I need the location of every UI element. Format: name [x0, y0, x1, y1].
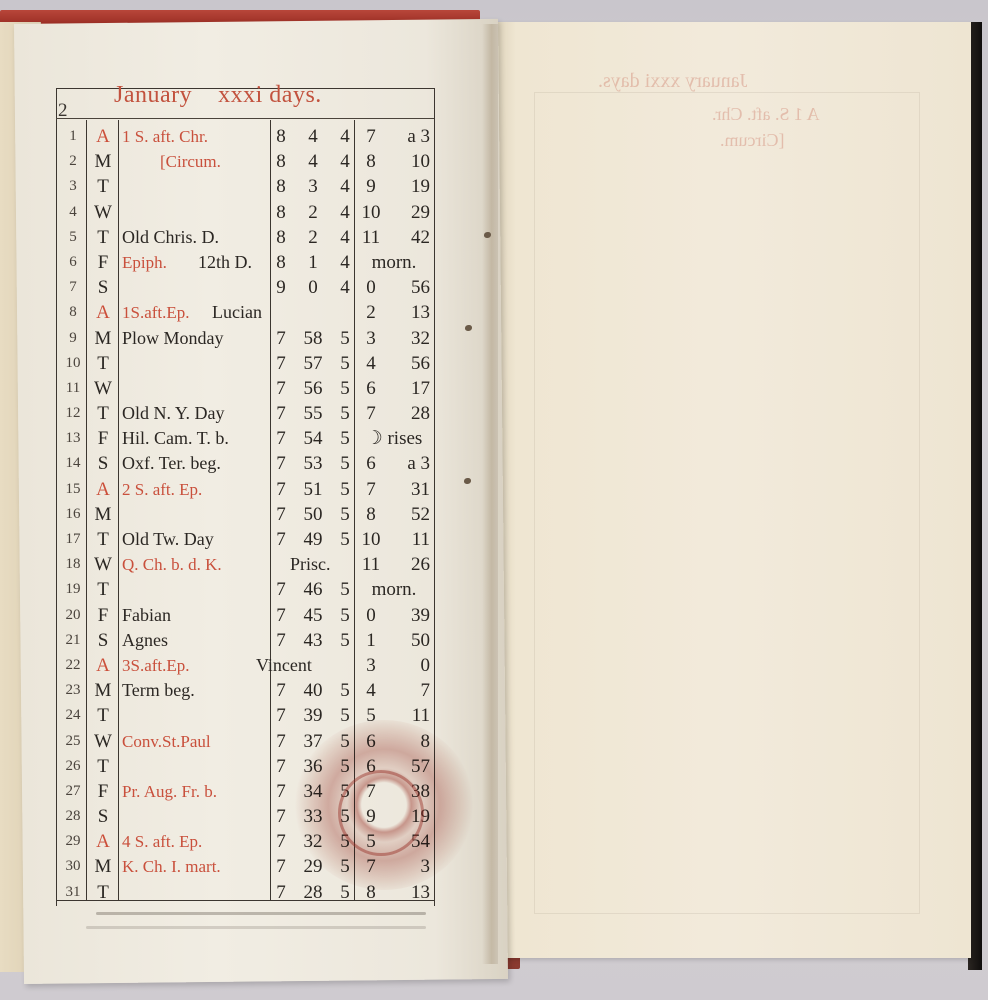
- feast-day: Plow Monday: [122, 326, 224, 351]
- sunrise-hour: 7: [274, 426, 288, 451]
- moon-minute: 39: [396, 603, 430, 628]
- calendar-row: 18 W Q. Ch. b. d. K. Prisc. 11 26: [56, 552, 434, 577]
- sunset-hour: 4: [338, 225, 352, 250]
- weekday-letter: M: [92, 326, 114, 351]
- day-number: 19: [64, 577, 82, 602]
- moon-minute: 52: [396, 502, 430, 527]
- sunrise-hour: 8: [274, 149, 288, 174]
- moon-minute: 56: [396, 275, 430, 300]
- calendar-row: 14 S Oxf. Ter. beg. 7 53 5 6 a 3: [56, 451, 434, 476]
- weekday-letter: T: [92, 351, 114, 376]
- calendar-row: 4 W 8 2 4 10 29: [56, 200, 434, 225]
- sunrise-hour: 7: [274, 754, 288, 779]
- day-number: 15: [64, 477, 82, 502]
- frame-border-bottom: [56, 900, 434, 901]
- calendar-row: 11 W 7 56 5 6 17: [56, 376, 434, 401]
- weekday-letter: F: [92, 250, 114, 275]
- sunrise-minute: 2: [298, 225, 328, 250]
- feast-day-secondary: Prisc.: [290, 552, 331, 577]
- day-number: 30: [64, 854, 82, 879]
- feast-day: Conv.St.Paul: [122, 729, 211, 754]
- day-number: 24: [64, 703, 82, 728]
- day-number: 6: [64, 250, 82, 275]
- moon-minute: 29: [396, 200, 430, 225]
- day-number: 29: [64, 829, 82, 854]
- sunrise-minute: 43: [298, 628, 328, 653]
- almanac-calendar: Januaryxxxi days. 2 1 A 1 S. aft. Chr. 8…: [56, 80, 458, 908]
- moon-hour: 10: [356, 527, 386, 552]
- day-number: 23: [64, 678, 82, 703]
- calendar-row: 20 F Fabian 7 45 5 0 39: [56, 603, 434, 628]
- weekday-letter: M: [92, 854, 114, 879]
- weekday-letter: A: [92, 124, 114, 149]
- sunset-hour: 5: [338, 678, 352, 703]
- weekday-letter: T: [92, 401, 114, 426]
- sunrise-minute: 57: [298, 351, 328, 376]
- right-page-bleed-frame: [534, 92, 920, 914]
- feast-day: 2 S. aft. Ep.: [122, 477, 202, 502]
- feast-day: Fabian: [122, 603, 171, 628]
- sunrise-hour: 7: [274, 527, 288, 552]
- day-number: 28: [64, 804, 82, 829]
- weekday-letter: T: [92, 225, 114, 250]
- moon-hour: 7: [356, 401, 386, 426]
- sunrise-hour: 8: [274, 124, 288, 149]
- moon-hour: 6: [356, 451, 386, 476]
- sunrise-hour: 7: [274, 628, 288, 653]
- calendar-row: 21 S Agnes 7 43 5 1 50: [56, 628, 434, 653]
- sunrise-minute: 2: [298, 200, 328, 225]
- feast-day: Oxf. Ter. beg.: [122, 451, 221, 476]
- feast-day: Hil. Cam. T. b.: [122, 426, 229, 451]
- weekday-letter: M: [92, 502, 114, 527]
- day-number: 11: [64, 376, 82, 401]
- weekday-letter: T: [92, 703, 114, 728]
- sunrise-minute: 40: [298, 678, 328, 703]
- moon-hour: 8: [356, 502, 386, 527]
- sunrise-hour: 7: [274, 401, 288, 426]
- moon-hour: 8: [356, 149, 386, 174]
- worm-hole: [464, 478, 471, 484]
- sunset-hour: 5: [338, 326, 352, 351]
- moon-minute: 31: [396, 477, 430, 502]
- calendar-row: 5 T Old Chris. D. 8 2 4 11 42: [56, 225, 434, 250]
- sunset-hour: 5: [338, 426, 352, 451]
- sunrise-hour: 7: [274, 326, 288, 351]
- sunrise-hour: 7: [274, 603, 288, 628]
- day-number: 22: [64, 653, 82, 678]
- feast-day: Pr. Aug. Fr. b.: [122, 779, 217, 804]
- day-number: 8: [64, 300, 82, 325]
- weekday-letter: W: [92, 376, 114, 401]
- day-number: 2: [64, 149, 82, 174]
- calendar-row: 8 A 1S.aft.Ep. Lucian 2 13: [56, 300, 434, 325]
- feast-day: Epiph.: [122, 250, 167, 275]
- sunrise-hour: 7: [274, 351, 288, 376]
- book-gutter: [482, 24, 498, 964]
- sunrise-hour: 7: [274, 829, 288, 854]
- weekday-letter: A: [92, 653, 114, 678]
- sunrise-hour: 7: [274, 502, 288, 527]
- sunrise-minute: 49: [298, 527, 328, 552]
- sunset-hour: 4: [338, 149, 352, 174]
- sunrise-minute: 4: [298, 124, 328, 149]
- moon-minute: 26: [396, 552, 430, 577]
- calendar-row: 7 S 9 0 4 0 56: [56, 275, 434, 300]
- sunrise-minute: 50: [298, 502, 328, 527]
- calendar-row: 17 T Old Tw. Day 7 49 5 10 11: [56, 527, 434, 552]
- day-number: 4: [64, 200, 82, 225]
- sunrise-minute: 58: [298, 326, 328, 351]
- day-number: 21: [64, 628, 82, 653]
- calendar-row: 1 A 1 S. aft. Chr. 8 4 4 7 a 3: [56, 124, 434, 149]
- sunset-hour: 5: [338, 376, 352, 401]
- sunset-hour: 5: [338, 451, 352, 476]
- header-rule: [56, 118, 434, 119]
- day-number: 7: [64, 275, 82, 300]
- moon-minute: 50: [396, 628, 430, 653]
- sunrise-hour: 8: [274, 225, 288, 250]
- day-number: 25: [64, 729, 82, 754]
- sunset-hour: 5: [338, 577, 352, 602]
- moon-minute: 17: [396, 376, 430, 401]
- moon-hour: 4: [356, 678, 386, 703]
- weekday-letter: T: [92, 754, 114, 779]
- sunrise-minute: 51: [298, 477, 328, 502]
- moon-minute: a 3: [396, 451, 430, 476]
- moon-note: ☽ rises: [358, 426, 430, 451]
- sunrise-hour: 7: [274, 779, 288, 804]
- ownership-stamp-ring: [338, 770, 424, 856]
- moon-minute: a 3: [396, 124, 430, 149]
- day-number: 27: [64, 779, 82, 804]
- feast-day: K. Ch. I. mart.: [122, 854, 221, 879]
- sunrise-hour: 9: [274, 275, 288, 300]
- calendar-row: 10 T 7 57 5 4 56: [56, 351, 434, 376]
- day-number: 5: [64, 225, 82, 250]
- sunrise-minute: 1: [298, 250, 328, 275]
- sunset-hour: 4: [338, 200, 352, 225]
- moon-hour: 0: [356, 603, 386, 628]
- day-number: 12: [64, 401, 82, 426]
- moon-hour: 1: [356, 628, 386, 653]
- sunrise-hour: 7: [274, 854, 288, 879]
- day-number: 9: [64, 326, 82, 351]
- right-page-bleed-title: January xxxi days.: [598, 70, 747, 93]
- day-number: 14: [64, 451, 82, 476]
- feast-day: Agnes: [122, 628, 168, 653]
- sunset-hour: 5: [338, 351, 352, 376]
- sunrise-hour: 7: [274, 451, 288, 476]
- feast-day: 1S.aft.Ep.: [122, 300, 190, 325]
- moon-hour: 3: [356, 653, 386, 678]
- weekday-letter: A: [92, 477, 114, 502]
- calendar-row: 22 A 3S.aft.Ep. Vincent 3 0: [56, 653, 434, 678]
- feast-day-secondary: 12th D.: [198, 250, 252, 275]
- sunrise-hour: 7: [274, 376, 288, 401]
- moon-hour: 9: [356, 174, 386, 199]
- worm-hole: [484, 232, 491, 238]
- day-number: 13: [64, 426, 82, 451]
- sunrise-hour: 7: [274, 577, 288, 602]
- feast-day: [Circum.: [160, 149, 221, 174]
- footer-rule: [96, 912, 426, 915]
- moon-hour: 3: [356, 326, 386, 351]
- sunset-hour: 4: [338, 124, 352, 149]
- moon-hour: 4: [356, 351, 386, 376]
- calendar-row: 12 T Old N. Y. Day 7 55 5 7 28: [56, 401, 434, 426]
- moon-minute: 11: [396, 527, 430, 552]
- feast-day: Old N. Y. Day: [122, 401, 225, 426]
- right-page-bleed-line1: A 1 S. aft. Chr.: [712, 104, 820, 125]
- calendar-row: 19 T 7 46 5 morn.: [56, 577, 434, 602]
- feast-day-secondary: Lucian: [212, 300, 262, 325]
- sunrise-minute: 53: [298, 451, 328, 476]
- calendar-row: 6 F Epiph. 12th D. 8 1 4 morn.: [56, 250, 434, 275]
- day-number: 1: [64, 124, 82, 149]
- sunrise-hour: 7: [274, 729, 288, 754]
- moon-minute: 56: [396, 351, 430, 376]
- moon-hour: 11: [356, 552, 386, 577]
- moon-hour: 2: [356, 300, 386, 325]
- feast-day: Q. Ch. b. d. K.: [122, 552, 222, 577]
- weekday-letter: S: [92, 275, 114, 300]
- weekday-letter: A: [92, 300, 114, 325]
- calendar-row: 16 M 7 50 5 8 52: [56, 502, 434, 527]
- moon-note: morn.: [358, 250, 430, 275]
- weekday-letter: W: [92, 729, 114, 754]
- moon-minute: 13: [396, 300, 430, 325]
- day-number: 3: [64, 174, 82, 199]
- sunrise-minute: 3: [298, 174, 328, 199]
- weekday-letter: M: [92, 678, 114, 703]
- sunrise-hour: 8: [274, 174, 288, 199]
- moon-note: morn.: [358, 577, 430, 602]
- month-days: xxxi days.: [218, 82, 322, 108]
- moon-hour: 6: [356, 376, 386, 401]
- sunrise-hour: 7: [274, 477, 288, 502]
- worm-hole: [465, 325, 472, 331]
- weekday-letter: F: [92, 426, 114, 451]
- weekday-letter: M: [92, 149, 114, 174]
- calendar-row: 13 F Hil. Cam. T. b. 7 54 5 ☽ rises: [56, 426, 434, 451]
- month-name: January: [114, 82, 192, 108]
- feast-day: 4 S. aft. Ep.: [122, 829, 202, 854]
- weekday-letter: F: [92, 603, 114, 628]
- feast-day: Term beg.: [122, 678, 195, 703]
- sunrise-minute: 4: [298, 149, 328, 174]
- sunrise-minute: 55: [298, 401, 328, 426]
- sunset-hour: 4: [338, 174, 352, 199]
- sunrise-hour: 8: [274, 200, 288, 225]
- moon-hour: 11: [356, 225, 386, 250]
- sunset-hour: 5: [338, 477, 352, 502]
- weekday-letter: T: [92, 527, 114, 552]
- weekday-letter: S: [92, 628, 114, 653]
- feast-day: Old Chris. D.: [122, 225, 219, 250]
- calendar-row: 15 A 2 S. aft. Ep. 7 51 5 7 31: [56, 477, 434, 502]
- moon-minute: 19: [396, 174, 430, 199]
- sunset-hour: 5: [338, 703, 352, 728]
- moon-hour: 0: [356, 275, 386, 300]
- sunrise-hour: 7: [274, 804, 288, 829]
- weekday-letter: T: [92, 174, 114, 199]
- footer-rule: [86, 926, 426, 929]
- feast-day: 1 S. aft. Chr.: [122, 124, 208, 149]
- moon-minute: 10: [396, 149, 430, 174]
- moon-hour: 7: [356, 124, 386, 149]
- day-number: 16: [64, 502, 82, 527]
- calendar-row: 9 M Plow Monday 7 58 5 3 32: [56, 326, 434, 351]
- weekday-letter: W: [92, 200, 114, 225]
- moon-minute: 0: [396, 653, 430, 678]
- right-page-bleed-line2: [Circum.: [720, 130, 785, 151]
- weekday-letter: T: [92, 577, 114, 602]
- sunset-hour: 4: [338, 250, 352, 275]
- calendar-row: 2 M [Circum. 8 4 4 8 10: [56, 149, 434, 174]
- day-number: 26: [64, 754, 82, 779]
- moon-hour: 7: [356, 477, 386, 502]
- weekday-letter: F: [92, 779, 114, 804]
- moon-minute: 28: [396, 401, 430, 426]
- moon-minute: 7: [396, 678, 430, 703]
- sunset-hour: 5: [338, 502, 352, 527]
- sunset-hour: 5: [338, 628, 352, 653]
- sunrise-minute: 39: [298, 703, 328, 728]
- weekday-letter: A: [92, 829, 114, 854]
- weekday-letter: S: [92, 451, 114, 476]
- day-number: 20: [64, 603, 82, 628]
- sunrise-minute: 46: [298, 577, 328, 602]
- moon-hour: 10: [356, 200, 386, 225]
- sunset-hour: 5: [338, 401, 352, 426]
- feast-day: Old Tw. Day: [122, 527, 214, 552]
- month-title: Januaryxxxi days.: [114, 82, 322, 109]
- weekday-letter: S: [92, 804, 114, 829]
- day-number: 10: [64, 351, 82, 376]
- moon-minute: 32: [396, 326, 430, 351]
- sunrise-minute: 54: [298, 426, 328, 451]
- calendar-row: 23 M Term beg. 7 40 5 4 7: [56, 678, 434, 703]
- sunset-hour: 5: [338, 603, 352, 628]
- sunset-hour: 5: [338, 527, 352, 552]
- feast-day: 3S.aft.Ep.: [122, 653, 190, 678]
- calendar-row: 3 T 8 3 4 9 19: [56, 174, 434, 199]
- sunrise-minute: 56: [298, 376, 328, 401]
- sunrise-minute: 0: [298, 275, 328, 300]
- day-number: 18: [64, 552, 82, 577]
- weekday-letter: W: [92, 552, 114, 577]
- sunset-hour: 4: [338, 275, 352, 300]
- sunrise-hour: 8: [274, 250, 288, 275]
- day-number: 17: [64, 527, 82, 552]
- moon-minute: 42: [396, 225, 430, 250]
- sunrise-minute: 45: [298, 603, 328, 628]
- sunrise-hour: 7: [274, 703, 288, 728]
- feast-day-secondary: Vincent: [256, 653, 312, 678]
- sunrise-hour: 7: [274, 678, 288, 703]
